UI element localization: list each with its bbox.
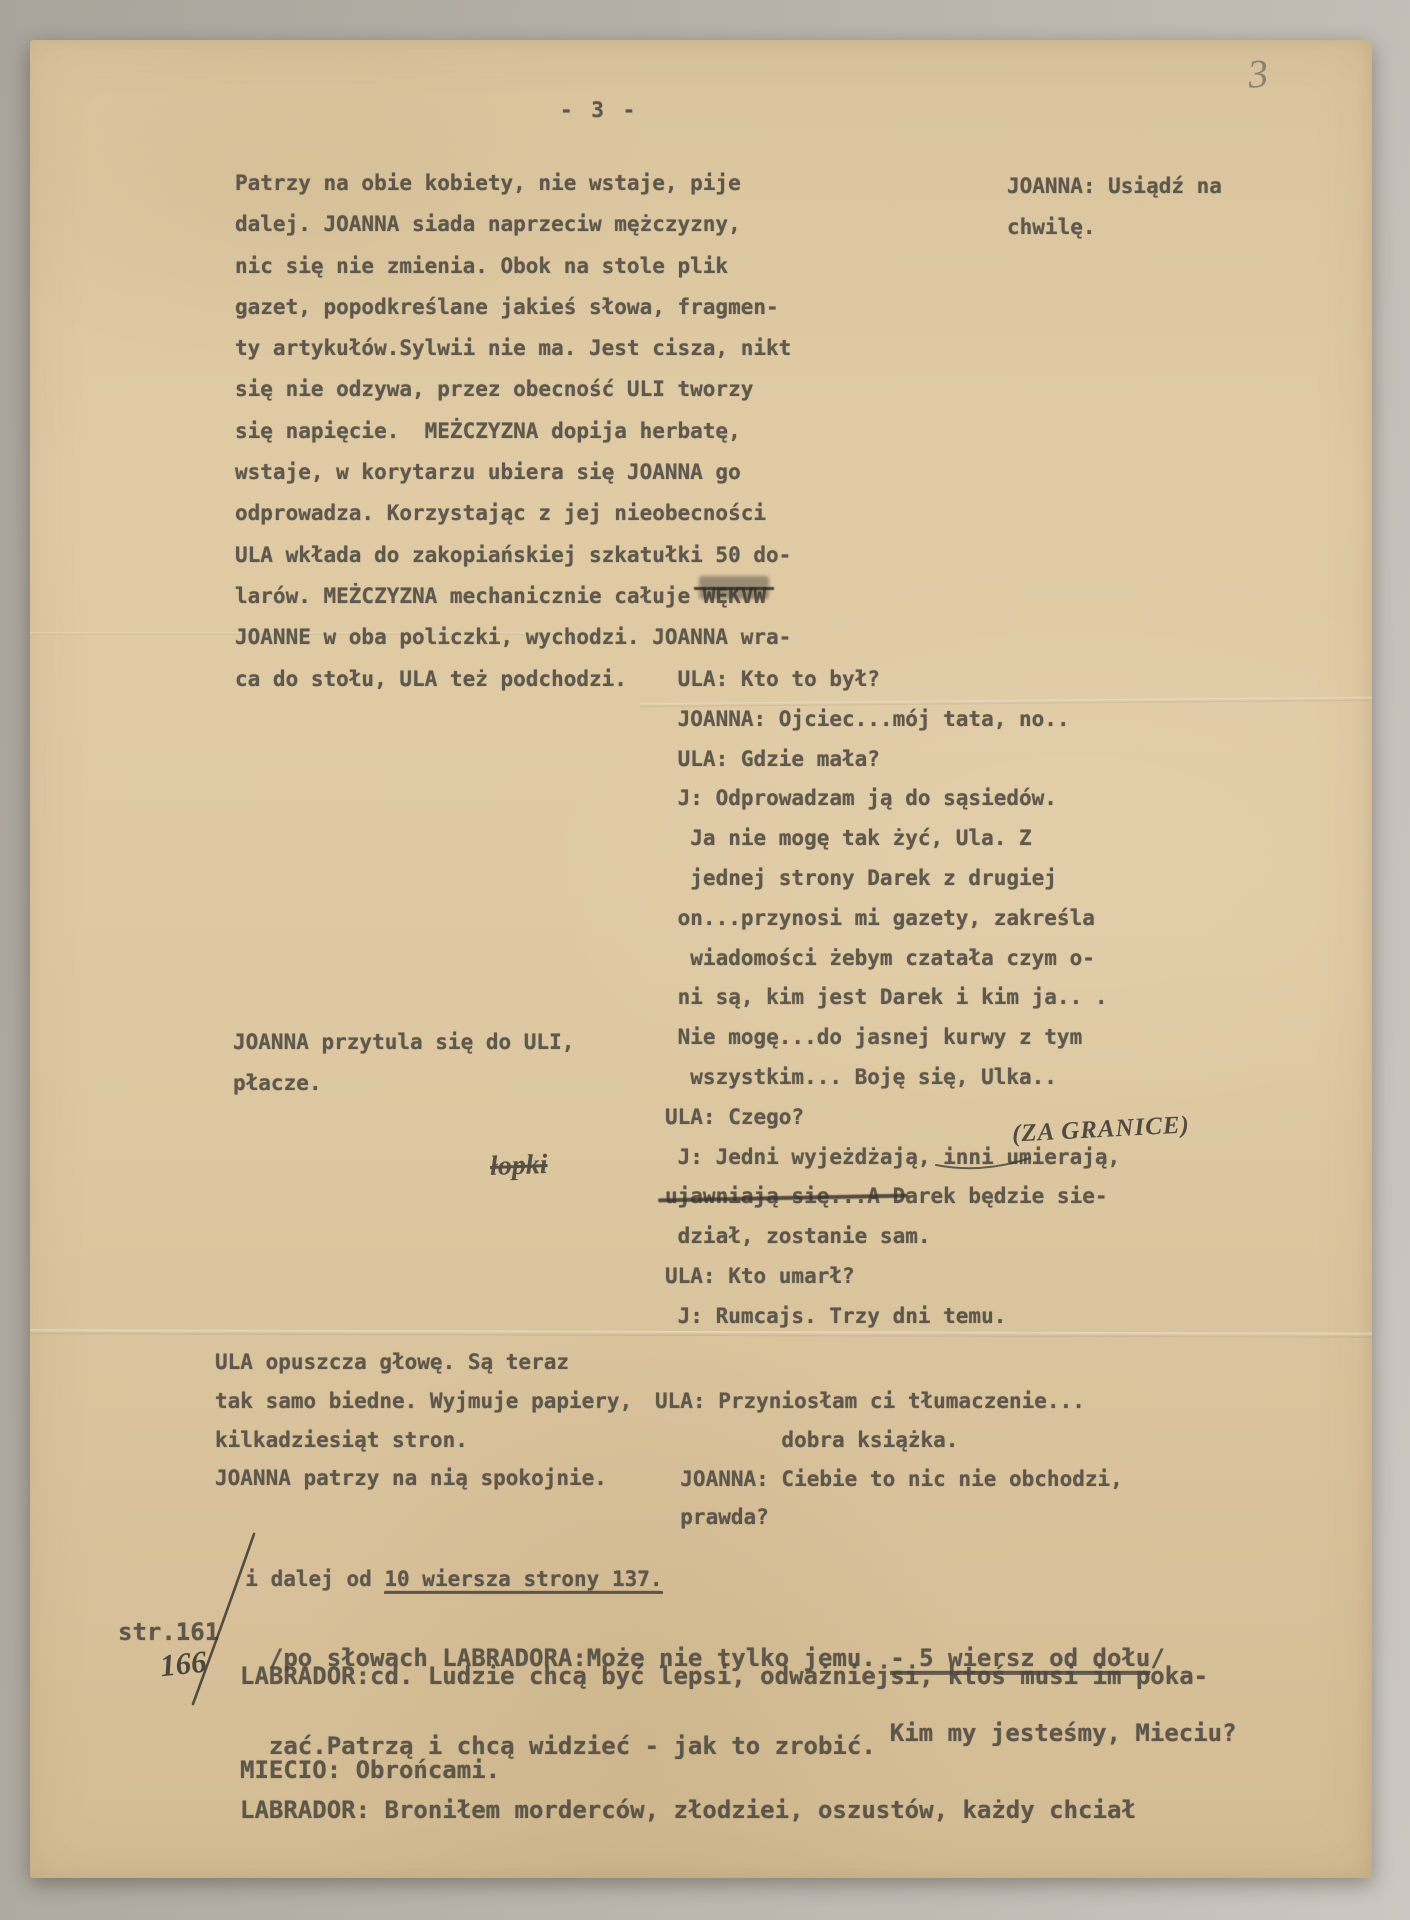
text-line: dobra książka. (655, 1421, 1123, 1460)
text-line: kilkadziesiąt stron. (215, 1421, 632, 1460)
continuation-note: i dalej od 10 wiersza strony 137. (220, 1543, 663, 1591)
footer-row-4: MIECIO: Obrońcami. (240, 1756, 500, 1784)
footer-row-2: LABRADOR:cd. Ludzie chcą być lepsi, odwa… (240, 1662, 1208, 1690)
text-line: ULA wkłada do zakopiańskiej szkatułki 50… (235, 535, 791, 576)
text-line: gazet, popodkreślane jakieś słowa, fragm… (235, 287, 791, 328)
text-line: ULA: Kto umarł? (665, 1257, 1120, 1297)
text-line: prawda? (655, 1498, 1123, 1537)
dialogue-closing-block: ULA: Przyniosłam ci tłumaczenie... dobra… (655, 1382, 1123, 1537)
text-line: dalej. JOANNA siada naprzeciw mężczyzny, (235, 204, 791, 245)
text-line: tak samo biedne. Wyjmuje papiery, (215, 1382, 632, 1421)
scene-description-block-3: ULA opuszcza głowę. Są teraztak samo bie… (215, 1343, 632, 1498)
text-line: jednej strony Darek z drugiej (665, 859, 1120, 899)
text-line: ni są, kim jest Darek i kim ja.. . (665, 978, 1120, 1018)
text-line: płacze. (233, 1063, 574, 1104)
text-line: odprowadza. Korzystając z jej nieobecnoś… (235, 493, 791, 534)
text-line: Patrzy na obie kobiety, nie wstaje, pije (235, 163, 791, 204)
strikethrough-mark (694, 587, 774, 590)
text-line: J: Rumcajs. Trzy dni temu. (665, 1297, 1120, 1337)
footer-row-5: LABRADOR: Broniłem morderców, złodziei, … (240, 1796, 1136, 1824)
text-line: Ja nie mogę tak żyć, Ula. Z (665, 819, 1120, 859)
page-number-typed: - 3 - (560, 98, 638, 122)
scene-description-block-2: JOANNA przytula się do ULI,płacze. (233, 1022, 574, 1105)
dialogue-opening-block: JOANNA: Usiądź nachwilę. (1007, 166, 1222, 249)
text-line: się nie odzywa, przez obecność ULI tworz… (235, 369, 791, 410)
text-line: wiadomości żebym czatała czym o- (665, 939, 1120, 979)
footer-row-3: zać.Patrzą i chcą widzieć - jak to zrobi… (240, 1704, 1237, 1760)
text-line: JOANNA przytula się do ULI, (233, 1022, 574, 1063)
text-line: ULA: Przyniosłam ci tłumaczenie... (655, 1382, 1123, 1421)
page-number-pencil: 3 (1246, 49, 1270, 98)
text-line: J: Odprowadzam ją do sąsiedów. (665, 779, 1120, 819)
dialogue-main-block: ULA: Kto to był? JOANNA: Ojciec...mój ta… (665, 660, 1120, 1337)
handwritten-struck-word: łopki (489, 1149, 548, 1183)
page-reference-typed: str.161 (118, 1618, 219, 1646)
scene-description-block-1: Patrzy na obie kobiety, nie wstaje, pije… (235, 163, 791, 700)
text-line: dział, zostanie sam. (665, 1217, 1120, 1257)
text-line: wszystkim... Boję się, Ulka.. (665, 1058, 1120, 1098)
text-line: wstaje, w korytarzu ubiera się JOANNA go (235, 452, 791, 493)
text-line: się napięcie. MEŻCZYZNA dopija herbatę, (235, 411, 791, 452)
text-line: ULA: Gdzie mała? (665, 740, 1120, 780)
scanned-script-page: { "page": { "typed_number": "- 3 -", "pe… (0, 0, 1410, 1920)
text-line: on...przynosi mi gazety, zakreśla (665, 899, 1120, 939)
text-line: JOANNA: Usiądź na (1007, 166, 1222, 207)
text-line: ty artykułów.Sylwii nie ma. Jest cisza, … (235, 328, 791, 369)
text-line: JOANNA patrzy na nią spokojnie. (215, 1459, 632, 1498)
continuation-note-prefix: i dalej od (245, 1567, 384, 1591)
text-line: JOANNA: Ciebie to nic nie obchodzi, (655, 1460, 1123, 1499)
handwritten-page-correction: 166 (158, 1644, 208, 1685)
text-line: nic się nie zmienia. Obok na stole plik (235, 246, 791, 287)
continuation-note-underlined: 10 wiersza strony 137. (384, 1567, 662, 1594)
text-line: chwilę. (1007, 207, 1222, 248)
text-line: JOANNA: Ojciec...mój tata, no.. (665, 700, 1120, 740)
text-line: Nie mogę...do jasnej kurwy z tym (665, 1018, 1120, 1058)
text-line: JOANNE w oba policzki, wychodzi. JOANNA … (235, 617, 791, 658)
footer-row3-inserted-above-line: Kim my jesteśmy, Mieciu? (890, 1719, 1237, 1747)
text-line: ULA: Kto to był? (665, 660, 1120, 700)
text-line: ULA opuszcza głowę. Są teraz (215, 1343, 632, 1382)
